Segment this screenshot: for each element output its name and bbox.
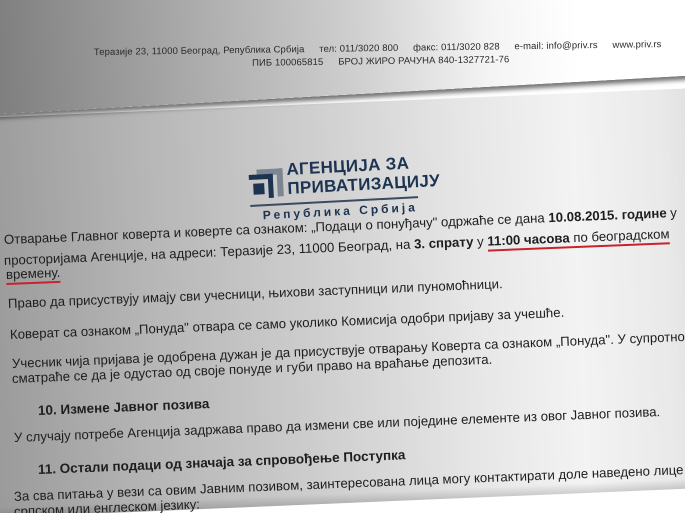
letterhead-email: e-mail: info@priv.rs	[514, 40, 597, 52]
letterhead-fax: факс: 011/3020 828	[413, 41, 500, 53]
letterhead-address: Теразије 23, 11000 Београд, Република Ср…	[94, 44, 305, 58]
letterhead-website: www.priv.rs	[612, 39, 661, 51]
letterhead-footer: Теразије 23, 11000 Београд, Република Ср…	[94, 39, 654, 71]
letterhead-account: БРОЈ ЖИРО РАЧУНА 840-1327721-76	[338, 54, 509, 67]
letterhead-phone: тел: 011/3020 800	[319, 43, 398, 55]
document-page	[0, 87, 685, 513]
letterhead-pib: ПИБ 100065815	[252, 57, 324, 69]
